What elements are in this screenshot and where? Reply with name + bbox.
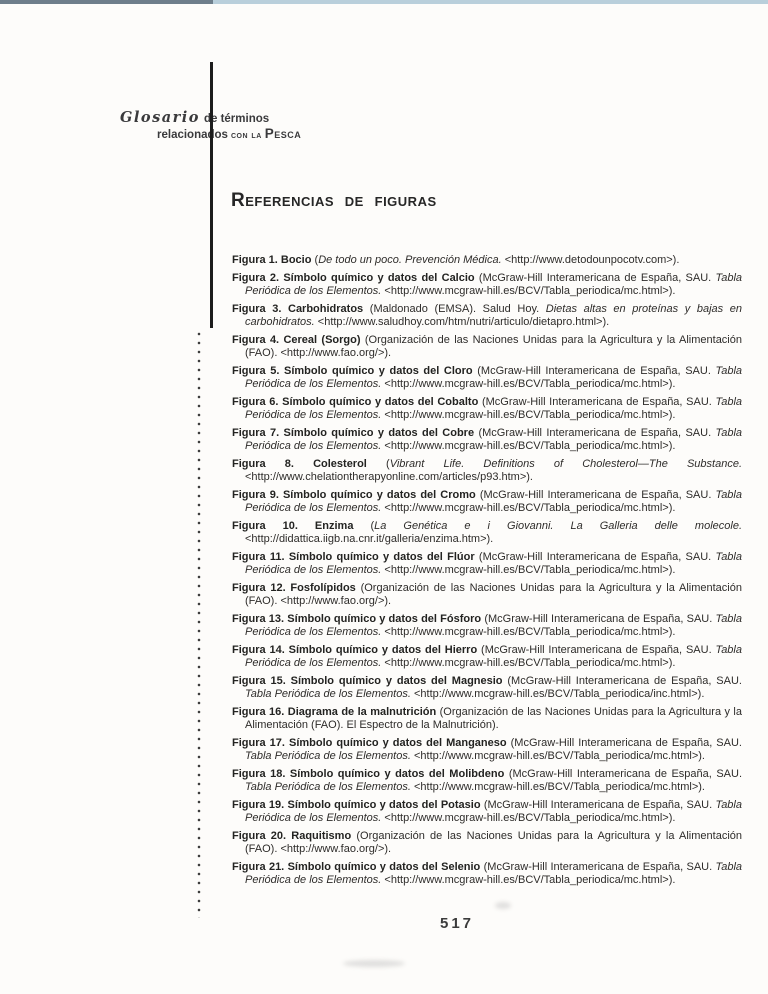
reference-segment: <http://www.mcgraw-hill.es/BCV/Tabla_per… — [381, 440, 675, 452]
scan-edge-bar-left — [0, 0, 213, 4]
reference-segment: <http://www.saludhoy.com/htm/nutri/artic… — [315, 316, 609, 328]
reference-segment: <http://www.mcgraw-hill.es/BCV/Tabla_per… — [381, 285, 675, 297]
reference-entry: Figura 4. Cereal (Sorgo) (Organización d… — [232, 334, 742, 360]
reference-segment: Figura 5. Símbolo químico y datos del Cl… — [232, 365, 477, 377]
reference-entry: Figura 18. Símbolo químico y datos del M… — [232, 768, 742, 794]
reference-segment: (McGraw-Hill Interamericana de España, S… — [509, 768, 742, 780]
reference-segment: Figura 9. Símbolo químico y datos del Cr… — [232, 489, 480, 501]
reference-segment: (McGraw-Hill Interamericana de España, S… — [484, 861, 716, 873]
reference-segment: (McGraw-Hill Interamericana de España, S… — [479, 272, 716, 284]
reference-segment: Figura 3. Carbohidratos — [232, 303, 370, 315]
reference-segment: Figura 11. Símbolo químico y datos del F… — [232, 551, 479, 563]
reference-segment: <http://www.mcgraw-hill.es/BCV/Tabla_per… — [411, 688, 704, 700]
reference-entry: Figura 17. Símbolo químico y datos del M… — [232, 737, 742, 763]
reference-entry: Figura 8. Colesterol (Vibrant Life. Defi… — [232, 458, 742, 484]
reference-segment: Figura 21. Símbolo químico y datos del S… — [232, 861, 484, 873]
reference-entry: Figura 7. Símbolo químico y datos del Co… — [232, 427, 742, 453]
section-title: Referencias de figuras — [231, 190, 437, 212]
reference-entry: Figura 9. Símbolo químico y datos del Cr… — [232, 489, 742, 515]
reference-segment: <http://www.detodounpocotv.com>). — [502, 254, 680, 266]
reference-segment: <http://www.mcgraw-hill.es/BCV/Tabla_per… — [381, 626, 675, 638]
reference-segment: (McGraw-Hill Interamericana de España, S… — [478, 427, 715, 439]
reference-segment: <http://www.mcgraw-hill.es/BCV/Tabla_per… — [381, 409, 675, 421]
reference-segment: <http://didattica.iigb.na.cnr.it/galleri… — [245, 533, 493, 545]
reference-segment: Figura 4. Cereal (Sorgo) — [232, 334, 365, 346]
reference-segment: Figura 18. Símbolo químico y datos del M… — [232, 768, 509, 780]
reference-segment: <http://www.mcgraw-hill.es/BCV/Tabla_per… — [381, 378, 675, 390]
reference-segment: Figura 10. Enzima — [232, 520, 370, 532]
reference-segment: (McGraw-Hill Interamericana de España, S… — [482, 396, 716, 408]
reference-segment: (McGraw-Hill Interamericana de España, S… — [479, 551, 716, 563]
book-title-con-la: con la — [231, 129, 262, 141]
reference-segment: Figura 1. Bocio — [232, 254, 315, 266]
reference-segment: <http://www.mcgraw-hill.es/BCV/Tabla_per… — [381, 874, 675, 886]
reference-segment: La Genética e i Giovanni. La Galleria de… — [374, 520, 742, 532]
reference-entry: Figura 11. Símbolo químico y datos del F… — [232, 551, 742, 577]
reference-segment: <http://www.mcgraw-hill.es/BCV/Tabla_per… — [411, 781, 705, 793]
references-list: Figura 1. Bocio (De todo un poco. Preven… — [232, 254, 742, 892]
reference-segment: Figura 12. Fosfolípidos — [232, 582, 361, 594]
vertical-rule — [210, 62, 213, 328]
reference-segment: Figura 20. Raquitismo — [232, 830, 356, 842]
reference-segment: Tabla Periódica de los Elementos. — [245, 750, 411, 762]
reference-entry: Figura 13. Símbolo químico y datos del F… — [232, 613, 742, 639]
reference-segment: Figura 19. Símbolo químico y datos del P… — [232, 799, 484, 811]
reference-segment: <http://www.mcgraw-hill.es/BCV/Tabla_per… — [381, 812, 675, 824]
reference-entry: Figura 20. Raquitismo (Organización de l… — [232, 830, 742, 856]
dotted-rule — [197, 332, 201, 918]
reference-segment: (McGraw-Hill Interamericana de España, S… — [484, 613, 715, 625]
book-title-glosario: Glosario — [120, 109, 200, 126]
reference-segment: Figura 8. Colesterol — [232, 458, 386, 470]
reference-entry: Figura 6. Símbolo químico y datos del Co… — [232, 396, 742, 422]
scan-edge-bar-right — [213, 0, 768, 4]
reference-entry: Figura 1. Bocio (De todo un poco. Preven… — [232, 254, 742, 267]
scanned-page: Glosariode términos relacionadoscon laPe… — [0, 0, 768, 994]
reference-segment: Figura 14. Símbolo químico y datos del H… — [232, 644, 481, 656]
reference-entry: Figura 12. Fosfolípidos (Organización de… — [232, 582, 742, 608]
reference-segment: De todo un poco. Prevención Médica. — [318, 254, 501, 266]
book-title-relacionados: relacionados — [157, 129, 228, 141]
book-title-pesca: Pesca — [265, 126, 302, 141]
reference-segment: <http://www.mcgraw-hill.es/BCV/Tabla_per… — [381, 657, 675, 669]
scan-smudge — [343, 960, 405, 967]
reference-entry: Figura 5. Símbolo químico y datos del Cl… — [232, 365, 742, 391]
reference-segment: Figura 6. Símbolo químico y datos del Co… — [232, 396, 482, 408]
reference-segment: (Maldonado (EMSA). Salud Hoy. — [370, 303, 546, 315]
reference-segment: Figura 13. Símbolo químico y datos del F… — [232, 613, 484, 625]
reference-entry: Figura 14. Símbolo químico y datos del H… — [232, 644, 742, 670]
page-number: 517 — [440, 915, 474, 932]
reference-segment: Figura 7. Símbolo químico y datos del Co… — [232, 427, 478, 439]
reference-segment: (McGraw-Hill Interamericana de España, S… — [507, 675, 742, 687]
reference-entry: Figura 10. Enzima (La Genética e i Giova… — [232, 520, 742, 546]
reference-segment: <http://www.mcgraw-hill.es/BCV/Tabla_per… — [381, 502, 675, 514]
book-title-de-terminos: de términos — [204, 113, 269, 125]
scan-smudge — [495, 902, 511, 909]
reference-entry: Figura 19. Símbolo químico y datos del P… — [232, 799, 742, 825]
reference-segment: Vibrant Life. Definitions of Cholesterol… — [390, 458, 742, 470]
reference-segment: Tabla Periódica de los Elementos. — [245, 781, 411, 793]
reference-segment: (McGraw-Hill Interamericana de España, S… — [484, 799, 716, 811]
book-title-line2: relacionadoscon laPesca — [157, 127, 301, 142]
reference-entry: Figura 15. Símbolo químico y datos del M… — [232, 675, 742, 701]
reference-entry: Figura 21. Símbolo químico y datos del S… — [232, 861, 742, 887]
reference-segment: (McGraw-Hill Interamericana de España, S… — [511, 737, 742, 749]
reference-segment: (McGraw-Hill Interamericana de España, S… — [481, 644, 715, 656]
reference-segment: Figura 15. Símbolo químico y datos del M… — [232, 675, 507, 687]
reference-segment: Figura 17. Símbolo químico y datos del M… — [232, 737, 511, 749]
reference-segment: <http://www.mcgraw-hill.es/BCV/Tabla_per… — [411, 750, 705, 762]
reference-segment: <http://www.chelationtherapyonline.com/a… — [245, 471, 533, 483]
reference-entry: Figura 2. Símbolo químico y datos del Ca… — [232, 272, 742, 298]
reference-segment: Tabla Periódica de los Elementos. — [245, 688, 411, 700]
reference-entry: Figura 3. Carbohidratos (Maldonado (EMSA… — [232, 303, 742, 329]
reference-segment: (McGraw-Hill Interamericana de España, S… — [477, 365, 715, 377]
reference-segment: <http://www.mcgraw-hill.es/BCV/Tabla_per… — [381, 564, 675, 576]
reference-segment: (McGraw-Hill Interamericana de España, S… — [480, 489, 716, 501]
reference-segment: Figura 2. Símbolo químico y datos del Ca… — [232, 272, 479, 284]
reference-entry: Figura 16. Diagrama de la malnutrición (… — [232, 706, 742, 732]
reference-segment: Figura 16. Diagrama de la malnutrición — [232, 706, 440, 718]
